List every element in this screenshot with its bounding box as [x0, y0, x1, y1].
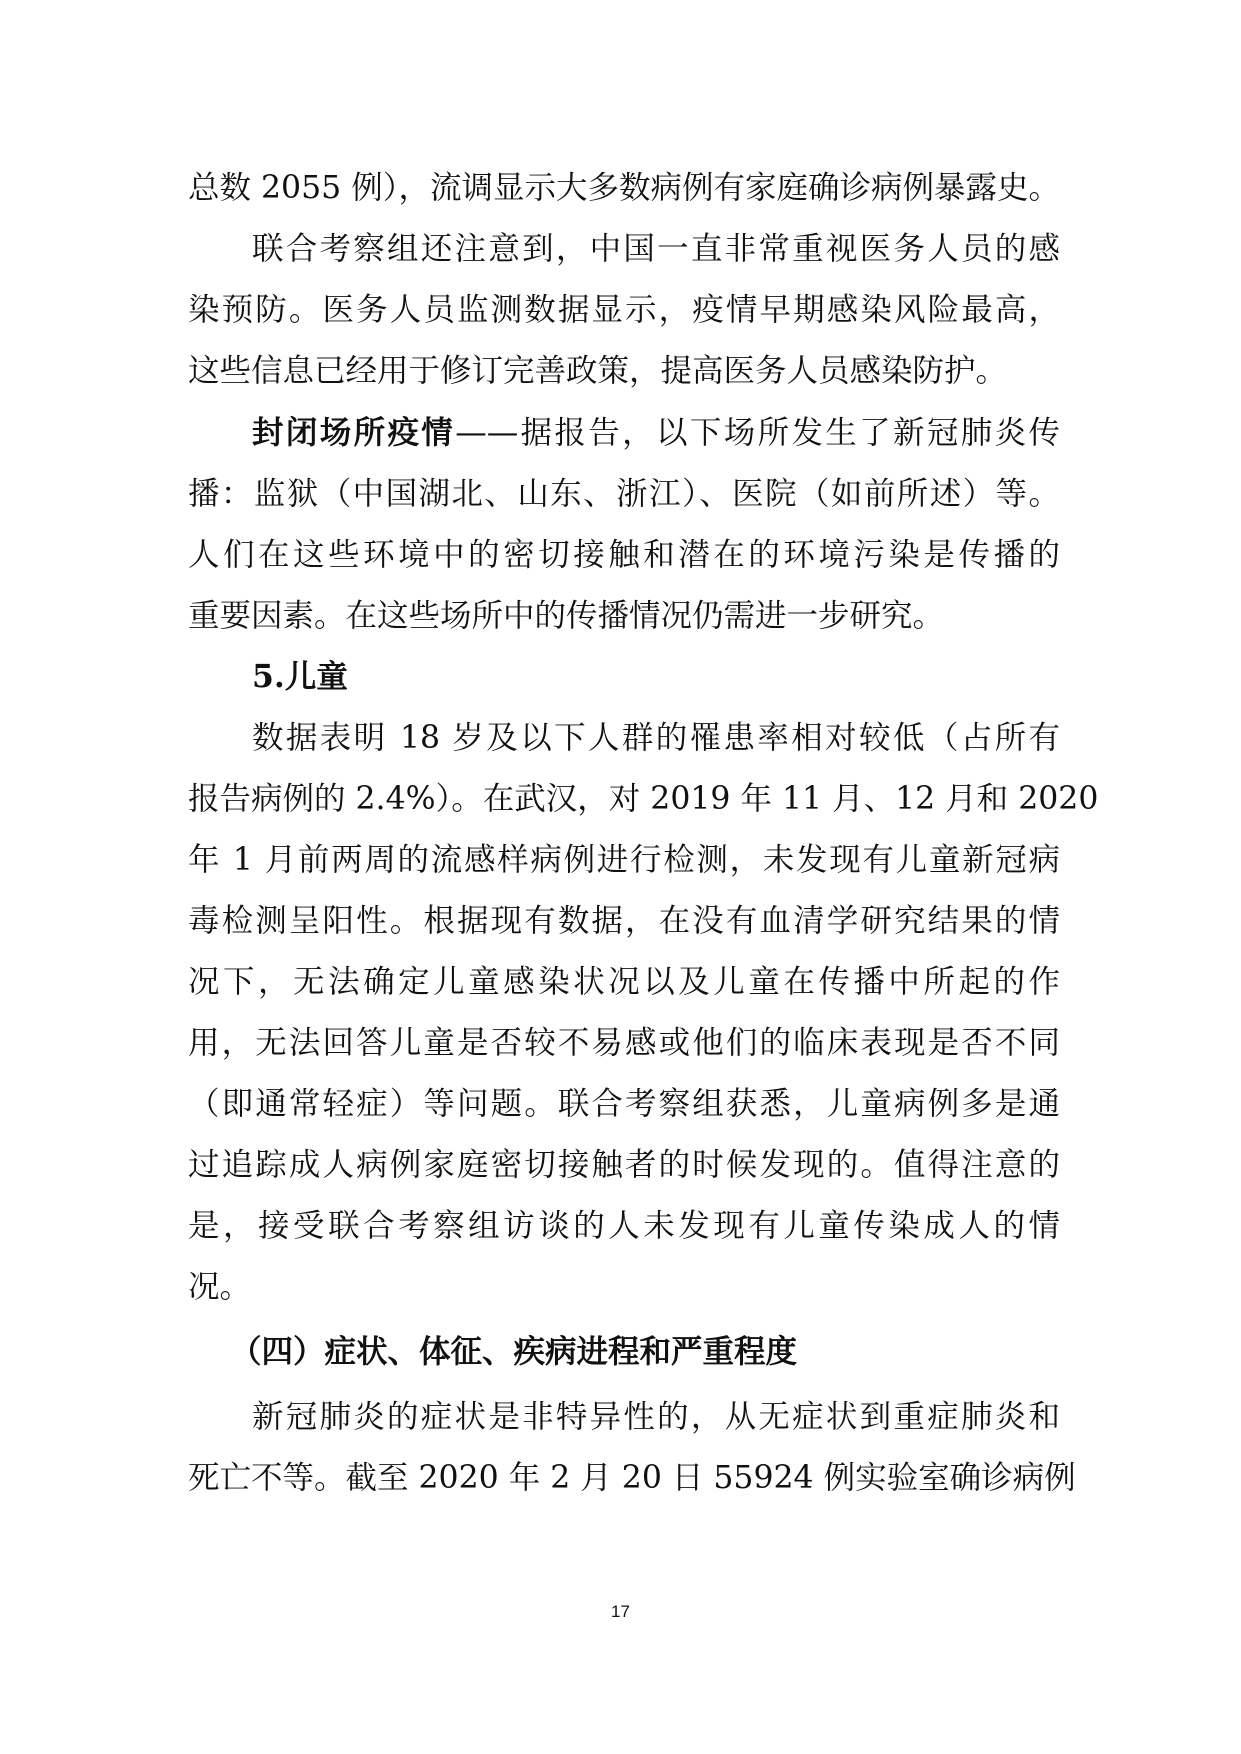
- section-heading: （四）症状、体征、疾病进程和严重程度: [188, 1332, 1060, 1372]
- paragraph-line: 死亡不等。截至 2020 年 2 月 20 日 55924 例实验室确诊病例: [188, 1458, 1060, 1498]
- paragraph-line: 播：监狱（中国湖北、山东、浙江）、医院（如前所述）等。: [188, 474, 1060, 514]
- paragraph-line: 人们在这些环境中的密切接触和潜在的环境污染是传播的: [188, 535, 1060, 575]
- paragraph-line: 是，接受联合考察组访谈的人未发现有儿童传染成人的情: [188, 1206, 1060, 1246]
- paragraph-text: ——据报告，以下场所发生了新冠肺炎传: [455, 415, 1060, 451]
- paragraph-line: 年 1 月前两周的流感样病例进行检测，未发现有儿童新冠病: [188, 840, 1060, 880]
- paragraph-line: 这些信息已经用于修订完善政策，提高医务人员感染防护。: [188, 351, 1060, 391]
- paragraph-line: 新冠肺炎的症状是非特异性的，从无症状到重症肺炎和: [188, 1397, 1060, 1437]
- inline-bold-term: 封闭场所疫情: [252, 414, 455, 451]
- paragraph-line: 用，无法回答儿童是否较不易感或他们的临床表现是否不同: [188, 1023, 1060, 1063]
- paragraph-line: 数据表明 18 岁及以下人群的罹患率相对较低（占所有: [188, 718, 1060, 758]
- paragraph-line: 况下，无法确定儿童感染状况以及儿童在传播中所起的作: [188, 962, 1060, 1002]
- paragraph-line: 毒检测呈阳性。根据现有数据，在没有血清学研究结果的情: [188, 901, 1060, 941]
- paragraph-line: 况。: [188, 1267, 1060, 1307]
- paragraph-line: 过追踪成人病例家庭密切接触者的时候发现的。值得注意的: [188, 1145, 1060, 1185]
- paragraph-line: 重要因素。在这些场所中的传播情况仍需进一步研究。: [188, 596, 1060, 636]
- subheading-children: 5.儿童: [188, 657, 1060, 697]
- paragraph-line: 封闭场所疫情——据报告，以下场所发生了新冠肺炎传: [188, 413, 1060, 453]
- paragraph-line: 报告病例的 2.4%）。在武汉，对 2019 年 11 月、12 月和 2020: [188, 779, 1060, 819]
- paragraph-line: （即通常轻症）等问题。联合考察组获悉，儿童病例多是通: [188, 1084, 1060, 1124]
- page-number: 17: [0, 1602, 1241, 1622]
- paragraph-line: 染预防。医务人员监测数据显示，疫情早期感染风险最高，: [188, 290, 1060, 330]
- paragraph-line: 总数 2055 例），流调显示大多数病例有家庭确诊病例暴露史。: [188, 168, 1060, 208]
- paragraph-line: 联合考察组还注意到，中国一直非常重视医务人员的感: [188, 229, 1060, 269]
